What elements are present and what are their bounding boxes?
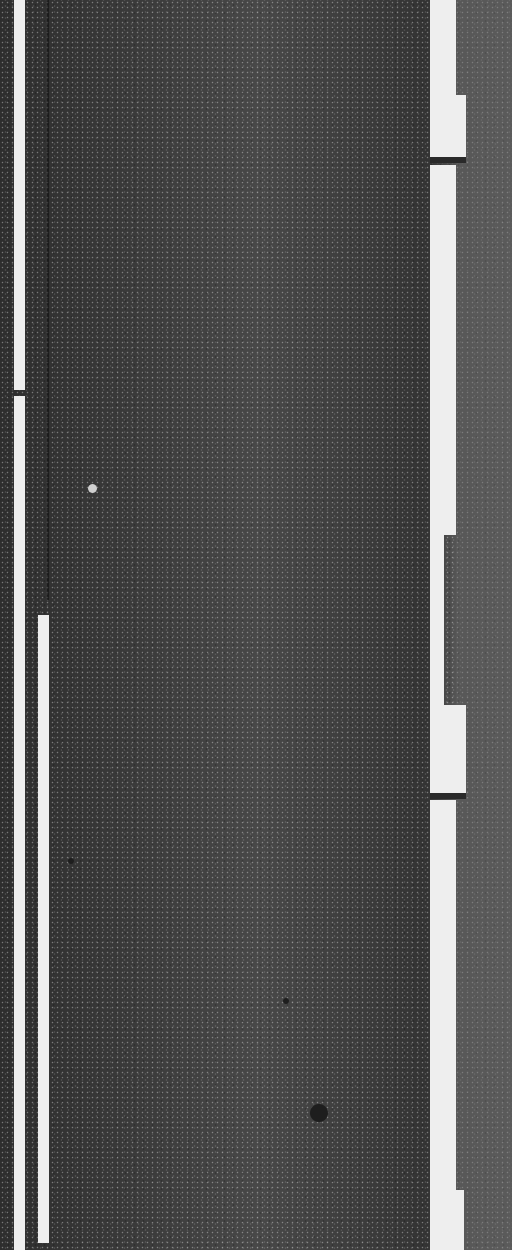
road-surface-image xyxy=(0,0,512,1250)
longitudinal-crack xyxy=(47,0,49,600)
transverse-crack xyxy=(430,157,466,163)
oil-spot xyxy=(310,1104,328,1122)
right-edge-line xyxy=(430,165,456,535)
right-edge-line xyxy=(430,705,466,793)
right-edge-line xyxy=(430,0,456,95)
left-edge-line xyxy=(14,0,25,390)
transverse-crack xyxy=(430,793,466,799)
oil-spot xyxy=(68,858,74,864)
right-edge-line xyxy=(430,1190,464,1250)
right-edge-line xyxy=(430,95,466,157)
right-shoulder xyxy=(456,0,512,1250)
right-edge-line xyxy=(430,800,456,1190)
oil-spot xyxy=(283,998,289,1004)
pebble xyxy=(88,484,97,493)
left-edge-line xyxy=(14,396,25,1250)
right-edge-line xyxy=(430,535,444,705)
left-inner-line xyxy=(38,615,49,1243)
